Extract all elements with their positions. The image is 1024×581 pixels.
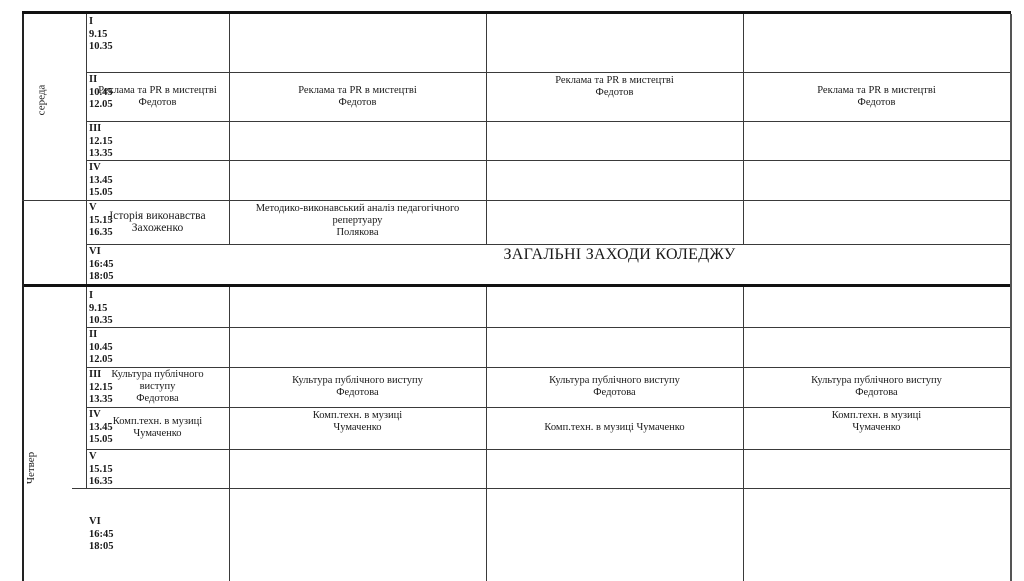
day-separator	[22, 284, 1011, 287]
row-line	[86, 160, 1010, 161]
column-line	[229, 14, 230, 244]
mask	[86, 489, 87, 581]
lesson-cell: Комп.техн. в музиці Чумаченко	[745, 410, 1008, 434]
period-time: V 15.15 16.35	[89, 451, 113, 489]
period-time: VI 16:45 18:05	[89, 516, 114, 554]
lesson-cell: Культура публічного виступу Федотова	[488, 375, 741, 399]
lesson-cell: Реклама та PR в мистецтві Федотов	[745, 85, 1008, 109]
row-line	[86, 407, 1010, 408]
column-line	[486, 14, 487, 244]
column-line	[86, 488, 87, 489]
table-right-border	[1010, 14, 1012, 581]
day-label: середа	[35, 85, 47, 116]
lesson-cell: Комп.техн. в музиці Чумаченко	[231, 410, 484, 434]
column-line	[486, 287, 487, 581]
lesson-cell: Культура публічного виступу Федотова	[745, 375, 1008, 399]
lesson-cell: Комп.техн. в музиці Чумаченко	[88, 416, 227, 440]
lesson-cell: Комп.техн. в музиці Чумаченко	[488, 422, 741, 434]
lesson-cell: Культура публічного виступу Федотова	[231, 375, 484, 399]
row-line	[86, 244, 1010, 245]
column-line	[743, 287, 744, 581]
period-time: II 10.45 12.05	[89, 329, 113, 367]
lesson-cell: Реклама та PR в мистецтві Федотов	[88, 85, 227, 109]
lesson-cell: Реклама та PR в мистецтві Федотов	[231, 85, 484, 109]
row-line	[86, 121, 1010, 122]
row-line	[86, 327, 1010, 328]
lesson-cell: Культура публічного виступу Федотова	[88, 369, 227, 405]
period-time: IV 13.45 15.05	[89, 162, 113, 200]
row-line	[72, 488, 1010, 489]
schedule-table: середаЧетверI 9.15 10.35II 10.45 12.05II…	[0, 0, 1024, 581]
row-line	[22, 200, 1010, 201]
period-time: I 9.15 10.35	[89, 16, 113, 54]
period-time: III 12.15 13.35	[89, 123, 113, 161]
lesson-cell: Реклама та PR в мистецтві Федотов	[488, 75, 741, 99]
row-line	[86, 72, 1010, 73]
lesson-cell: Методико-виконавський аналіз педагогічно…	[231, 203, 484, 239]
lesson-cell: Історія виконавства Захоженко	[88, 210, 227, 234]
period-time: VI 16:45 18:05	[89, 246, 114, 284]
college-events-banner: ЗАГАЛЬНІ ЗАХОДИ КОЛЕДЖУ	[229, 246, 1010, 264]
top-border	[22, 11, 1011, 14]
column-line	[86, 244, 87, 284]
period-time: I 9.15 10.35	[89, 290, 113, 328]
row-line	[86, 449, 1010, 450]
row-line	[86, 367, 1010, 368]
column-line	[229, 287, 230, 581]
column-line	[743, 14, 744, 244]
day-label: Четвер	[25, 452, 37, 484]
table-left-border	[22, 14, 24, 581]
